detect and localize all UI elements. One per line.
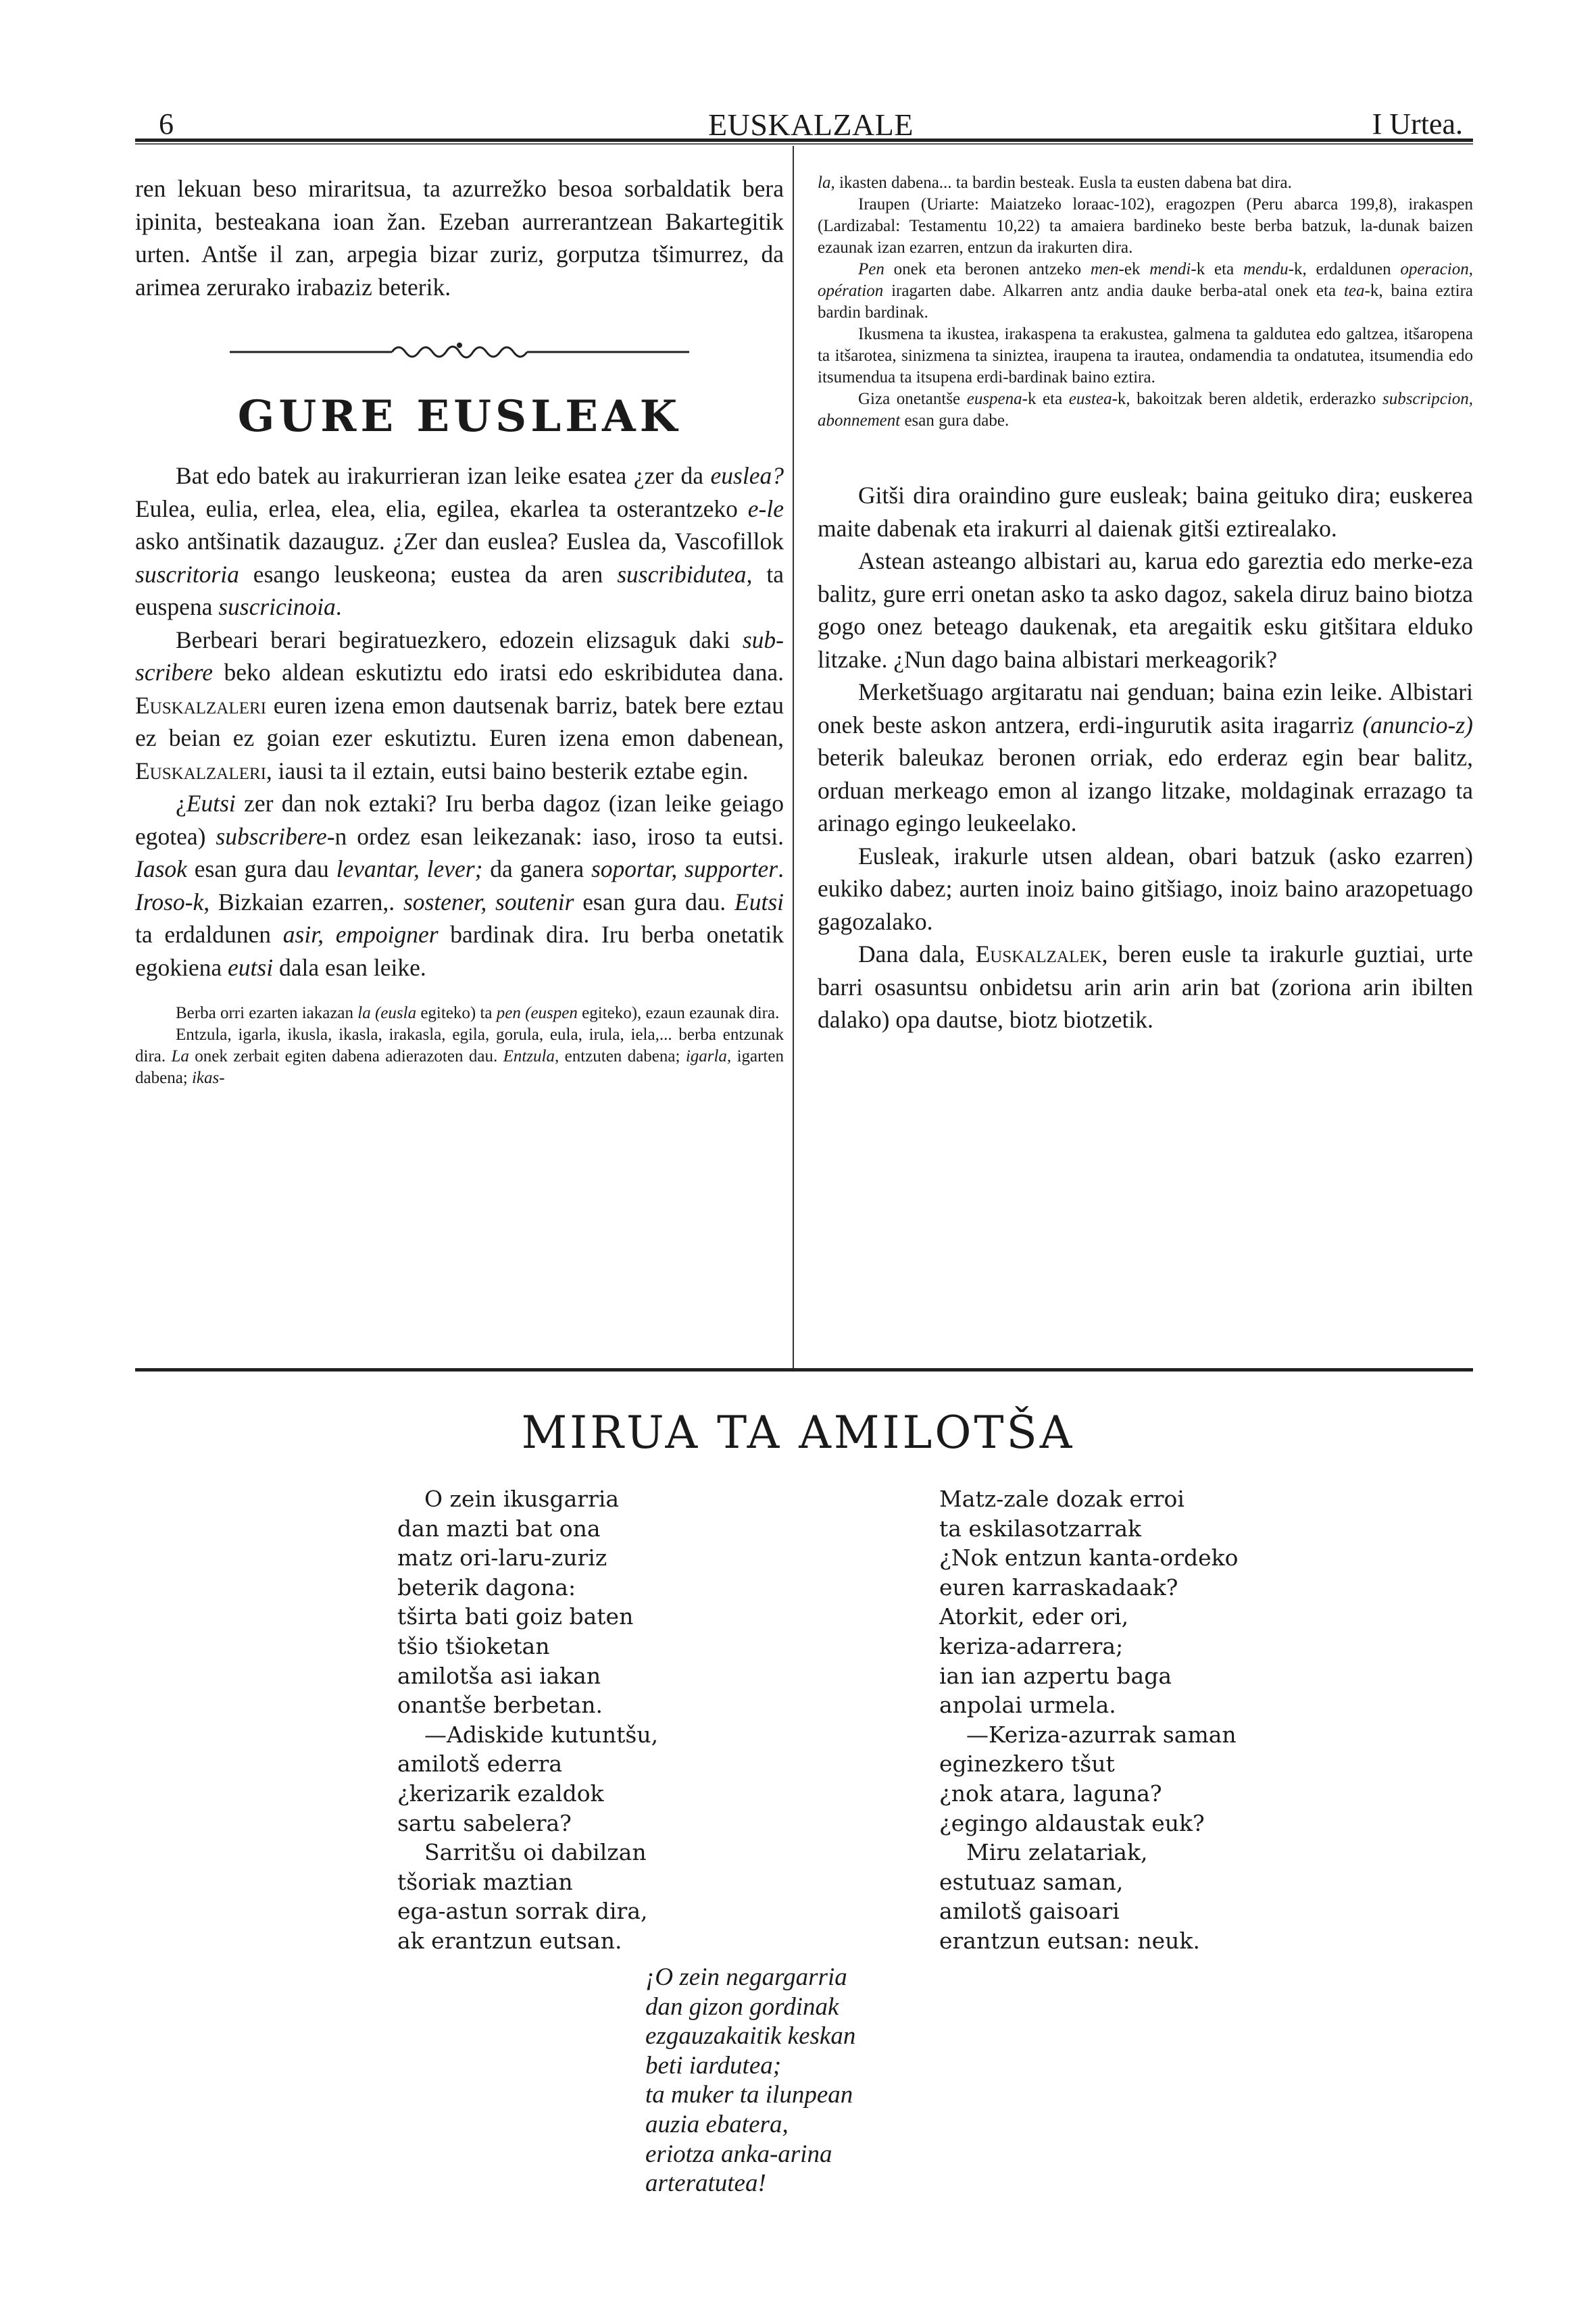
footnote-1: Berba orri ezarten iakazan la (eusla egi… [135,1003,784,1024]
footnote-continuation: la, ikasten dabena... ta bardin besteak.… [818,172,1473,194]
footnote-6: Giza onetantše euspena-k eta eustea-k, b… [818,388,1473,432]
paragraph-8: Dana dala, Euskalzalek, beren eusle ta i… [818,938,1473,1036]
paragraph-6: Merketšuago argitaratu nai genduan; bain… [818,676,1473,840]
poem-line: ta eskilasotzarrak [939,1514,1239,1544]
poem-line: onantše berbetan. [397,1690,658,1720]
poem-line: ak erantzun eutsan. [397,1926,658,1956]
poem-line: arteratutea! [645,2169,855,2198]
paragraph-1: Bat edo batek au irakurrieran izan leike… [135,459,784,624]
header-rule [135,139,1473,145]
footnote-2: Entzula, igarla, ikusla, ikasla, irakasl… [135,1024,784,1089]
poem-stanza-right: Matz-zale dozak erroita eskilasotzarrak¿… [939,1484,1239,1956]
poem-line: tšio tšioketan [397,1632,658,1661]
right-column: la, ikasten dabena... ta bardin besteak.… [818,172,1473,1036]
poem-line: amilotš gaisoari [939,1896,1239,1926]
volume-year: I Urtea. [1372,107,1463,141]
poem-line: anpolai urmela. [939,1690,1239,1720]
poem-line: keriza-adarrera; [939,1632,1239,1661]
footnote-3: Iraupen (Uriarte: Maiatzeko loraac-102),… [818,194,1473,259]
footnote-4: Pen onek eta beronen antzeko men-ek mend… [818,259,1473,324]
poem-line: tširta bati goiz baten [397,1602,658,1632]
poem-line: amilotša asi iakan [397,1661,658,1691]
poem-line: ¿nok atara, laguna? [939,1779,1239,1809]
poem-line: ian ian azpertu baga [939,1661,1239,1691]
poem-line: —Keriza-azurrak saman [939,1720,1239,1750]
poem-line: estutuaz saman, [939,1867,1239,1897]
poem-line: sartu sabelera? [397,1809,658,1838]
poem-title: MIRUA TA AMILOTŠA [0,1407,1596,1459]
poem-line: auzia ebatera, [645,2110,855,2140]
poem-line: ¿Nok entzun kanta-ordeko [939,1543,1239,1573]
poem-line: amilotš ederra [397,1749,658,1779]
poem-line: Sarritšu oi dabilzan [397,1838,658,1867]
poem-stanza-left: O zein ikusgarriadan mazti bat onamatz o… [397,1484,658,1956]
poem-line: Miru zelatariak, [939,1838,1239,1867]
poem-line: ¿kerizarik ezaldok [397,1779,658,1809]
masthead-title: EUSKALZALE [152,107,1470,143]
section-rule [135,1368,1473,1372]
left-column: ren lekuan beso miraritsua, ta azurrežko… [135,172,784,1089]
poem-line: eriotza anka-arina [645,2140,855,2169]
poem-line: ega-astun sorrak dira, [397,1896,658,1926]
poem-stanza-center: ¡O zein negargarriadan gizon gordinakezg… [645,1963,855,2198]
poem-line: dan mazti bat ona [397,1514,658,1544]
paragraph-4: Gitši dira oraindino gure eusleak; baina… [818,479,1473,545]
poem-line: ezgauzakaitik keskan [645,2021,855,2051]
poem-line: tšoriak maztian [397,1867,658,1897]
poem-line: —Adiskide kutuntšu, [397,1720,658,1750]
paragraph-2: Berbeari berari begiratuezkero, edozein … [135,624,784,788]
paragraph-3: ¿Eutsi zer dan nok eztaki? Iru berba dag… [135,787,784,984]
poem-line: beterik dagona: [397,1573,658,1603]
poem-line: Matz-zale dozak erroi [939,1484,1239,1514]
column-divider [793,146,794,1369]
poem-line: erantzun eutsan: neuk. [939,1926,1239,1956]
poem-line: ¿egingo aldaustak euk? [939,1809,1239,1838]
poem-line: ta muker ta ilunpean [645,2080,855,2110]
poem-line: eginezkero tšut [939,1749,1239,1779]
poem-line: euren karraskadaak? [939,1573,1239,1603]
poem-line: O zein ikusgarria [397,1484,658,1514]
poem-line: Atorkit, eder ori, [939,1602,1239,1632]
poem-line: matz ori-laru-zuriz [397,1543,658,1573]
paragraph-7: Eusleak, irakurle utsen aldean, obari ba… [818,840,1473,938]
poem-line: dan gizon gordinak [645,1992,855,2022]
decorative-flourish-icon [230,337,689,364]
footnote-5: Ikusmena ta ikustea, irakaspena ta eraku… [818,324,1473,388]
poem-line: ¡O zein negargarria [645,1963,855,1992]
article-title: GURE EUSLEAK [135,391,784,442]
poem-line: beti iardutea; [645,2051,855,2081]
continuation-paragraph: ren lekuan beso miraritsua, ta azurrežko… [135,172,784,303]
paragraph-5: Astean asteango albistari au, karua edo … [818,545,1473,676]
